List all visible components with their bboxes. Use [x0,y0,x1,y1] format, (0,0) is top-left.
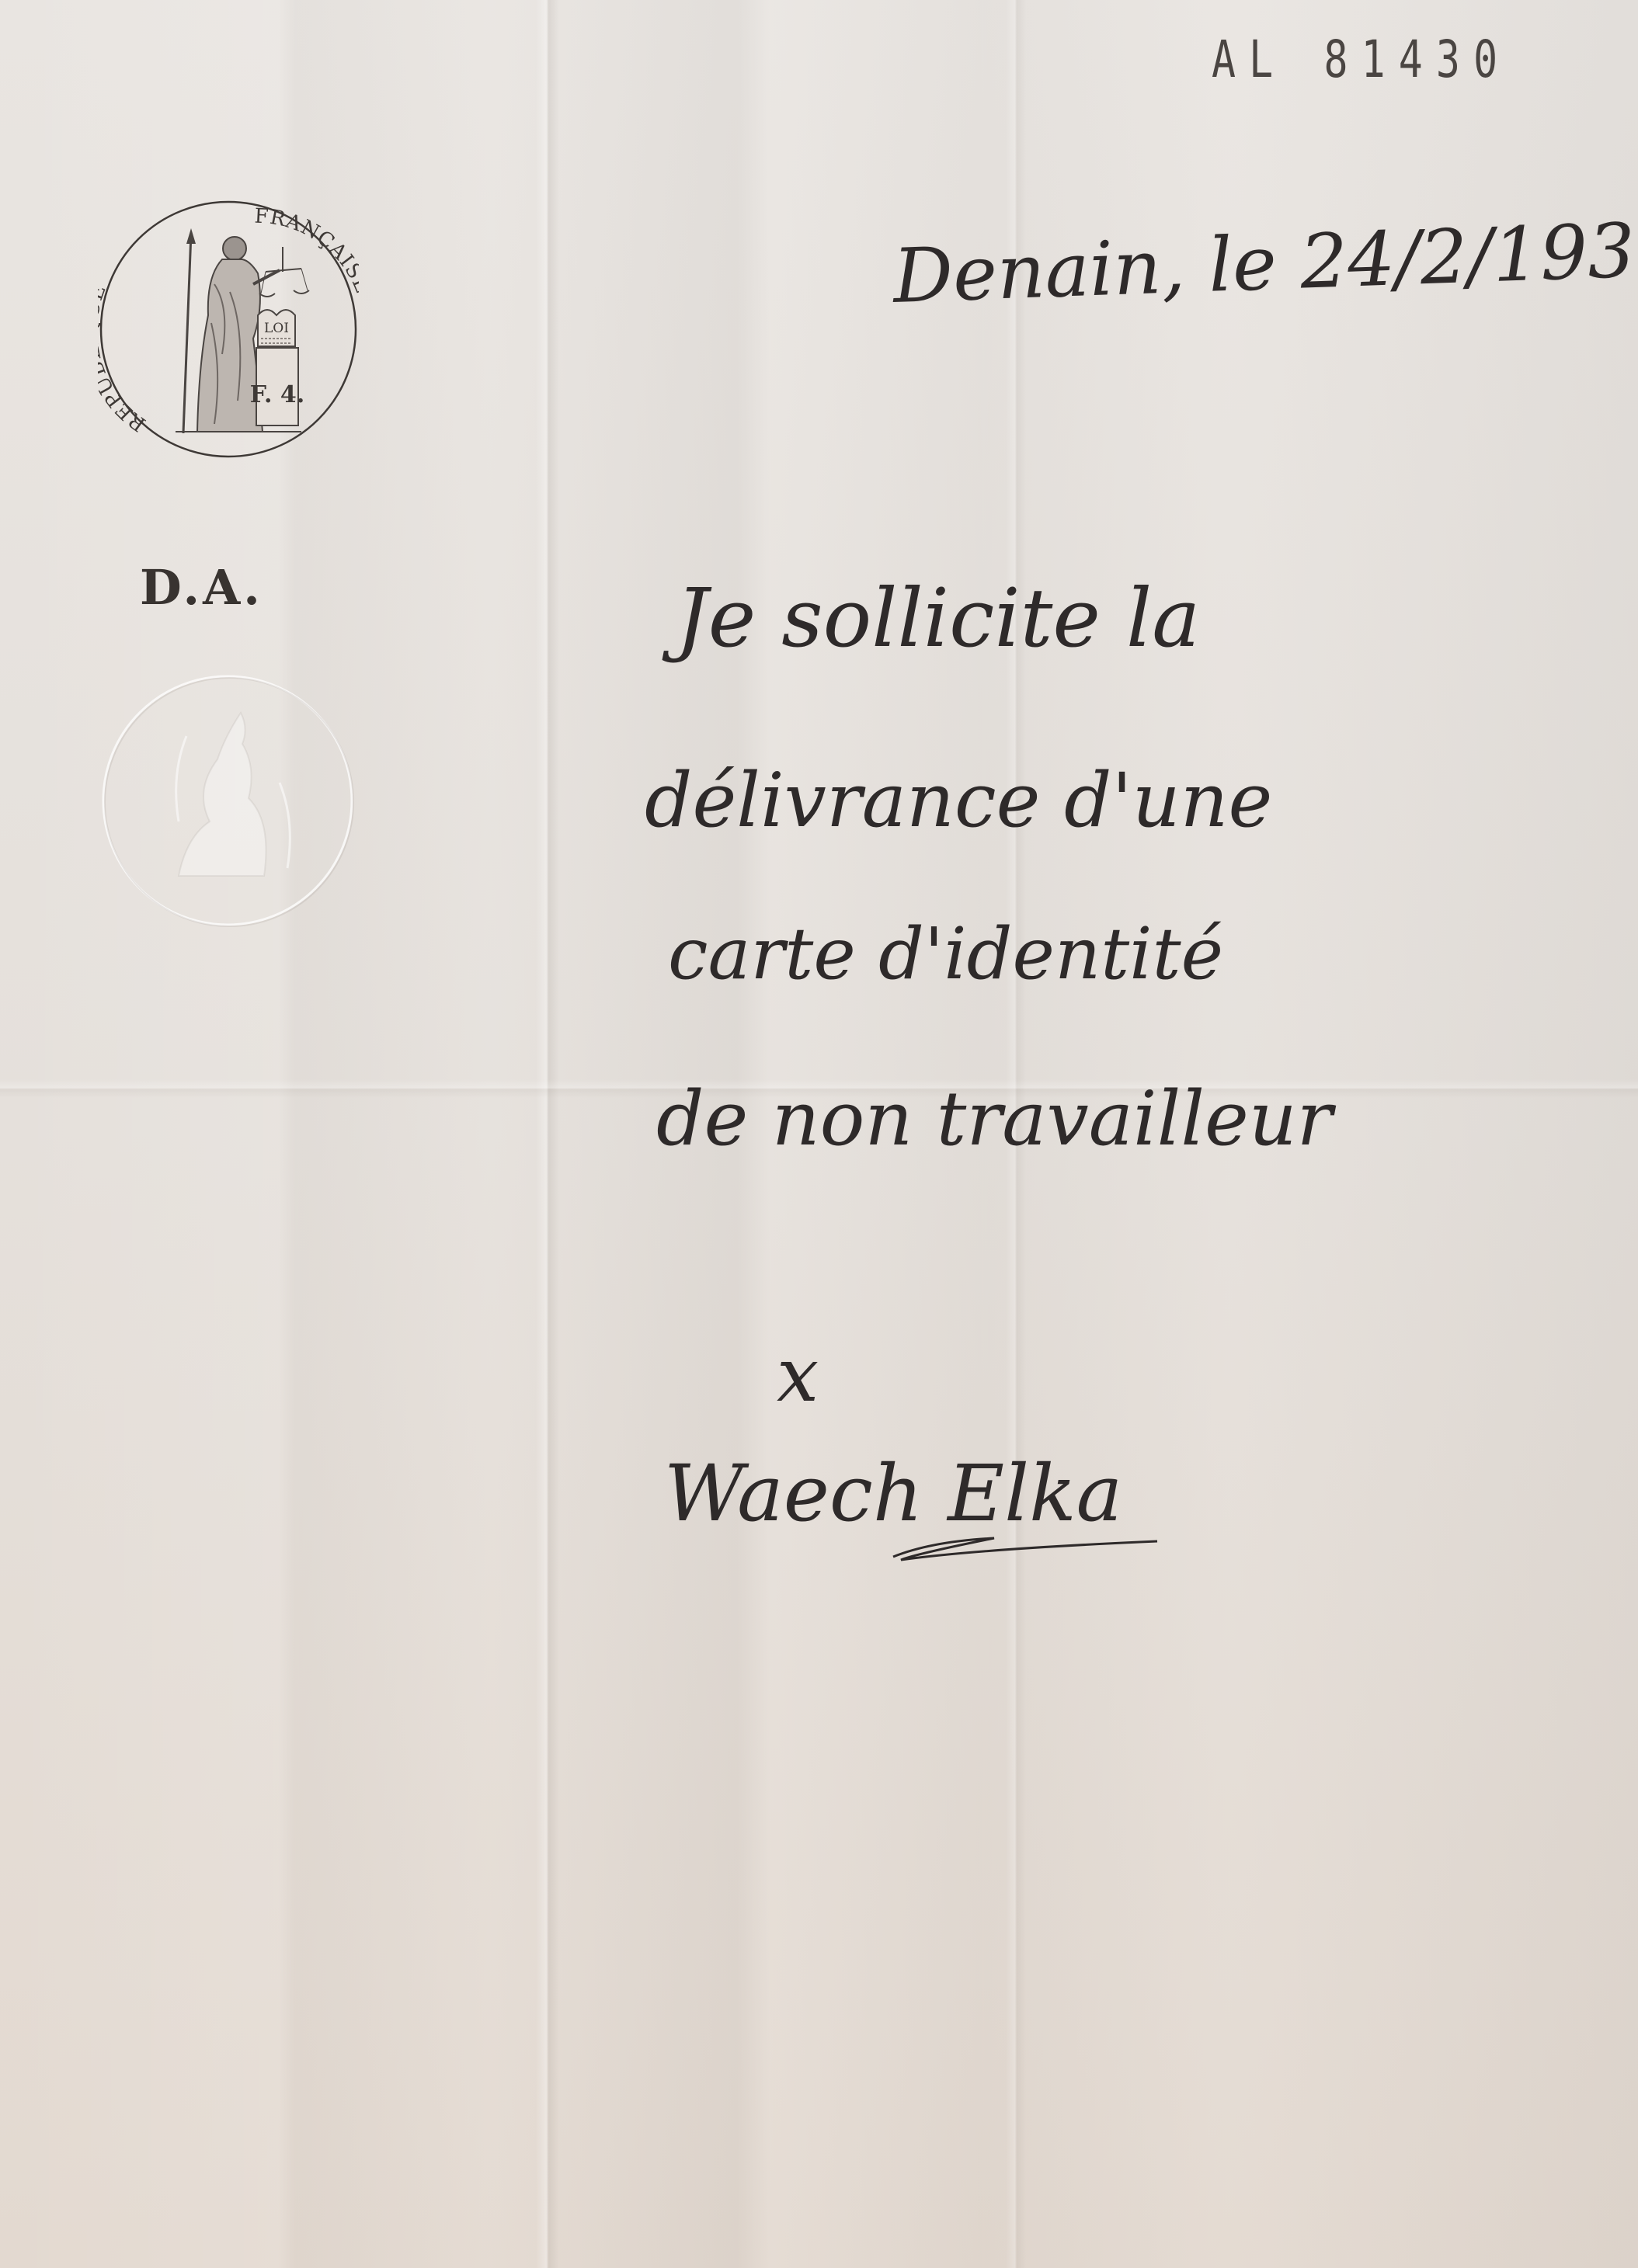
serial-number: AL 81430 [1212,30,1511,89]
signatory-mark: x [777,1332,819,1419]
republique-francaise-seal-icon: REPUBLIQUE FRANÇAISE LOI [98,199,359,460]
seal-tablet-text: LOI [264,321,289,336]
signature-underline [885,1533,1161,1565]
seal-right-legend: FRANÇAISE [254,205,359,297]
signature: Waech Elka [664,1448,1122,1539]
paper-fold-crease [536,0,559,2268]
letterhead-mark: D.A. [140,559,263,616]
seal-left-legend: REPUBLIQUE [98,281,151,436]
place-date: Denain, le 24/2/1937 [892,206,1638,320]
svg-text:REPUBLIQUE: REPUBLIQUE [98,281,151,436]
body-line: de non travailleur [656,1075,1333,1162]
seal-stamp-value: F. 4. [250,381,305,408]
body-line: délivrance d'une [645,757,1272,844]
document-page: AL 81430 REPUBLIQUE FRANÇAISE [0,0,1638,2268]
svg-text:FRANÇAISE: FRANÇAISE [254,205,359,297]
embossed-seal-icon [93,666,362,935]
body-line: Je sollicite la [676,571,1200,665]
body-line: carte d'identité [668,912,1223,995]
